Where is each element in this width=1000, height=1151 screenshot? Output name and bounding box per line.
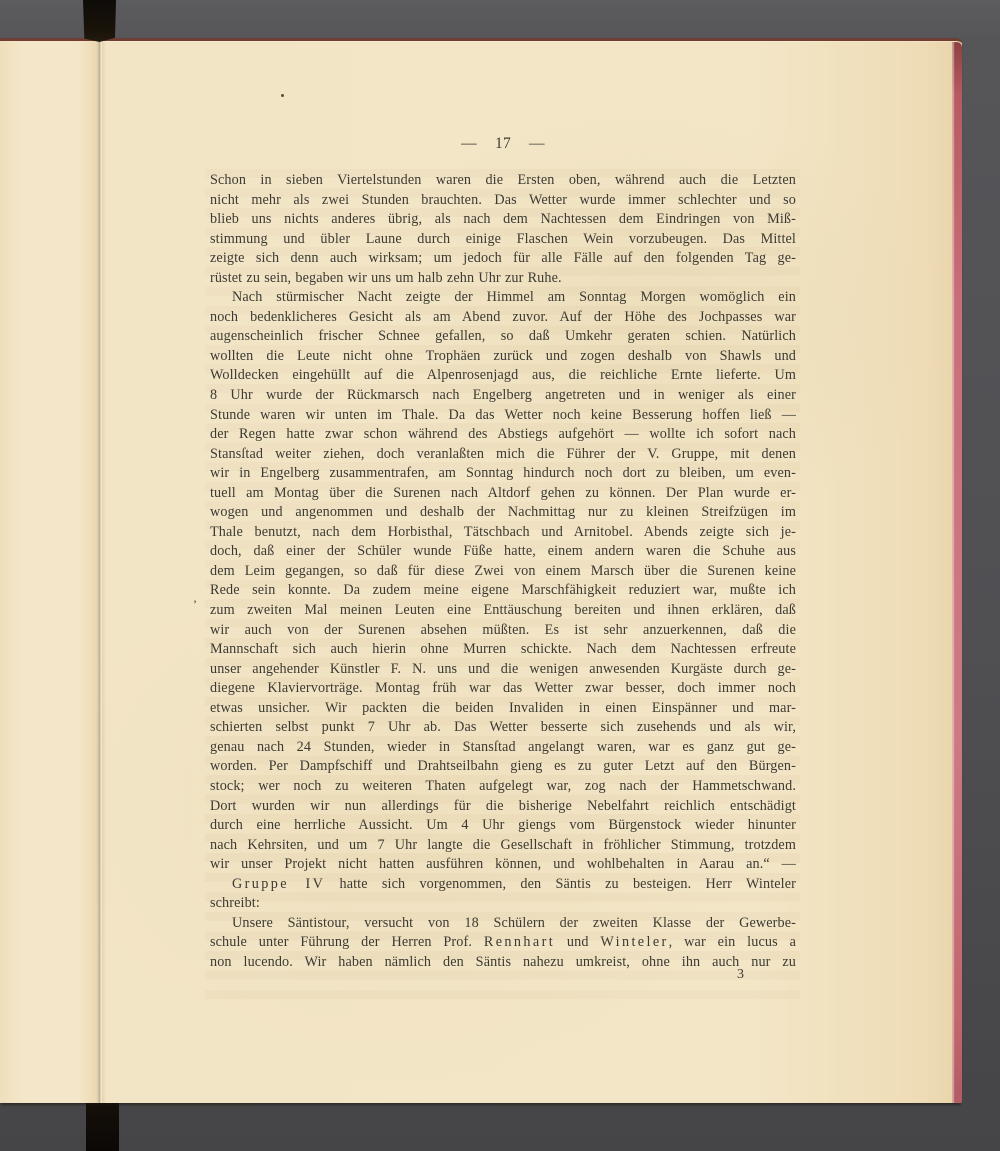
spaced-name: Winteler <box>600 934 668 950</box>
text-line: Unsere Säntistour, versucht von 18 Schül… <box>210 914 796 934</box>
header-rule-left: — <box>461 135 477 152</box>
paragraph-2: Nach stürmischer Nacht zeigte der Himmel… <box>210 288 796 874</box>
text-line: schreibt: <box>210 894 796 914</box>
text-line: unser angehender Künstler F. N. uns und … <box>210 660 796 680</box>
bookmark-ribbon-top <box>83 0 116 42</box>
text-line: etwas unsicher. Wir packten die beiden I… <box>210 699 796 719</box>
text-line: doch, daß einer der Schüler wunde Füße h… <box>210 542 796 562</box>
text-line: Thale benutzt, nach dem Horbisthal, Täts… <box>210 523 796 543</box>
page-header: —17— <box>210 135 796 153</box>
text-line: genau nach 24 Stunden, wieder in Stansſt… <box>210 738 796 758</box>
text-line: Stunde waren wir unten im Thale. Da das … <box>210 406 796 426</box>
text-line: dem Leim gegangen, so daß für diese Zwei… <box>210 562 796 582</box>
text-line: 8 Uhr wurde der Rückmarsch nach Engelber… <box>210 386 796 406</box>
text-segment: schule unter Führung der Herren Prof. <box>210 934 484 950</box>
text-line: blieb uns nichts anderes übrig, als nach… <box>210 210 796 230</box>
paragraph-3: Gruppe IV hatte sich vorgenommen, den Sä… <box>210 875 796 914</box>
text-line: Wolldecken eingehüllt auf die Alpenrosen… <box>210 366 796 386</box>
text-line: wollten die Leute nicht ohne Trophäen zu… <box>210 347 796 367</box>
text-line: worden. Per Dampfschiff und Drahtseilbah… <box>210 757 796 777</box>
paragraph-1: Schon in sieben Viertelstunden waren die… <box>210 171 796 288</box>
page-text: Schon in sieben Viertelstunden waren die… <box>210 171 796 972</box>
text-line: wir auch von der Surenen absehen müßten.… <box>210 621 796 641</box>
header-rule-right: — <box>529 135 545 152</box>
text-line: zeigte sich denn auch wirksam; um jedoch… <box>210 249 796 269</box>
text-line: schule unter Führung der Herren Prof. Re… <box>210 933 796 953</box>
text-line: der Regen hatte zwar schon während des A… <box>210 425 796 445</box>
ink-speck <box>281 94 284 97</box>
text-line: Dort wurden wir nun allerdings für die b… <box>210 797 796 817</box>
book-page: —17— ’ Schon in sieben Viertelstunden wa… <box>0 38 962 1103</box>
paragraph-4: Unsere Säntistour, versucht von 18 Schül… <box>210 914 796 973</box>
text-line: stock; wer noch zu weiteren Thaten aufge… <box>210 777 796 797</box>
facing-page-edge <box>0 41 95 1103</box>
text-line: Gruppe IV hatte sich vorgenommen, den Sä… <box>210 875 796 895</box>
text-line: augenscheinlich frischer Schnee gefallen… <box>210 327 796 347</box>
text-line: Rede sein konnte. Da zudem meine eigene … <box>210 581 796 601</box>
spaced-name: Rennhart <box>484 934 555 950</box>
gutter-crease <box>94 41 106 1103</box>
text-segment: und <box>555 934 600 950</box>
text-line: wir unser Projekt nicht hatten ausführen… <box>210 855 796 875</box>
text-line: wir in Engelberg zusammentrafen, am Sonn… <box>210 464 796 484</box>
spaced-name: Gruppe IV <box>232 876 325 892</box>
page-number: 17 <box>495 135 511 152</box>
text-line: schierten selbst punkt 7 Uhr ab. Das Wet… <box>210 718 796 738</box>
text-line: Mannschaft sich auch hierin ohne Murren … <box>210 640 796 660</box>
text-segment: , war ein lucus a <box>669 934 796 950</box>
text-line: durch eine herrliche Aussicht. Um 4 Uhr … <box>210 816 796 836</box>
bookmark-ribbon-bottom <box>86 1097 119 1151</box>
text-line: Schon in sieben Viertelstunden waren die… <box>210 171 796 191</box>
scanned-book-photo: —17— ’ Schon in sieben Viertelstunden wa… <box>0 0 1000 1151</box>
text-line: noch bedenklicheres Gesicht als am Abend… <box>210 308 796 328</box>
text-line: rüstet zu sein, begaben wir uns um halb … <box>210 269 796 289</box>
text-line: Nach stürmischer Nacht zeigte der Himmel… <box>210 288 796 308</box>
margin-mark: ’ <box>193 597 197 612</box>
text-line: nicht mehr als zwei Stunden brauchten. D… <box>210 191 796 211</box>
text-line: stimmung und übler Laune durch einige Fl… <box>210 230 796 250</box>
text-line: non lucendo. Wir haben nämlich den Sänti… <box>210 953 796 973</box>
signature-mark: 3 <box>737 967 744 983</box>
text-segment: hatte sich vorgenommen, den Säntis zu be… <box>325 876 796 892</box>
text-line: wogen und angenommen und deshalb der Nac… <box>210 503 796 523</box>
text-line: Stansſtad weiter ziehen, doch veranlaßte… <box>210 445 796 465</box>
text-line: zum zweiten Mal meinen Leuten eine Enttä… <box>210 601 796 621</box>
text-line: nach Kehrsiten, und um 7 Uhr langte die … <box>210 836 796 856</box>
text-line: diegene Klaviervorträge. Montag früh war… <box>210 679 796 699</box>
red-fore-edge <box>952 42 962 1103</box>
text-line: tuell am Montag über die Surenen nach Al… <box>210 484 796 504</box>
